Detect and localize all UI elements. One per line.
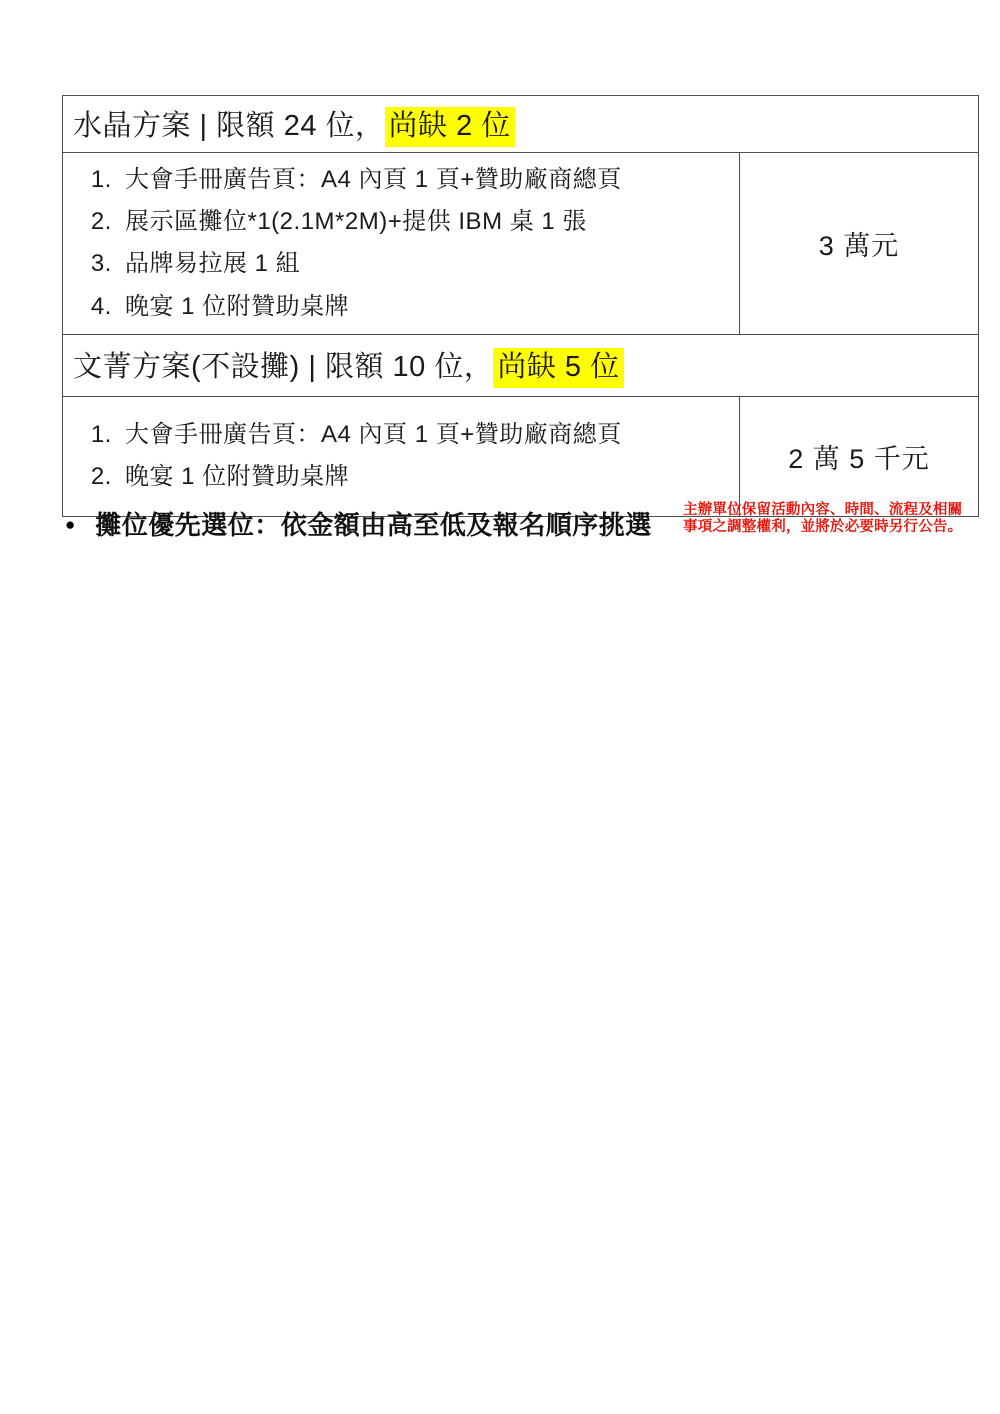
booth-priority-text: 攤位優先選位：依金額由高至低及報名順序挑選 [95,508,652,542]
plan-crystal-slots-remaining: 尚缺 2 位 [385,107,515,147]
plan-crystal-title-cell: 水晶方案 | 限額 24 位，尚缺 2 位 [63,96,979,153]
plan-crystal-price: 3 萬元 [740,153,979,335]
plan-crystal-benefits-cell: 大會手冊廣告頁：A4 內頁 1 頁+贊助廠商總頁 展示區攤位*1(2.1M*2M… [63,153,740,335]
benefit-item: 大會手冊廣告頁：A4 內頁 1 頁+贊助廠商總頁 [119,159,729,201]
sponsorship-plans-table: 水晶方案 | 限額 24 位，尚缺 2 位 大會手冊廣告頁：A4 內頁 1 頁+… [62,95,979,517]
plan-crystal-benefit-list: 大會手冊廣告頁：A4 內頁 1 頁+贊助廠商總頁 展示區攤位*1(2.1M*2M… [119,159,729,328]
plan-wenjing-price: 2 萬 5 千元 [740,396,979,516]
plan-wenjing-title-cell: 文菁方案(不設攤) | 限額 10 位，尚缺 5 位 [63,334,979,396]
plan-wenjing-slots-remaining: 尚缺 5 位 [493,348,623,388]
plan-wenjing-title: 文菁方案(不設攤) | 限額 10 位， [73,351,493,383]
benefit-item: 大會手冊廣告頁：A4 內頁 1 頁+贊助廠商總頁 [119,414,729,456]
disclaimer-line-2: 事項之調整權利，並將於必要時另行公告。 [683,519,975,536]
plan-wenjing-benefit-list: 大會手冊廣告頁：A4 內頁 1 頁+贊助廠商總頁 晚宴 1 位附贊助桌牌 [119,414,729,498]
plan-wenjing-benefits-cell: 大會手冊廣告頁：A4 內頁 1 頁+贊助廠商總頁 晚宴 1 位附贊助桌牌 [63,396,740,516]
benefit-item: 晚宴 1 位附贊助桌牌 [119,456,729,498]
plan-crystal-title: 水晶方案 | 限額 24 位， [73,110,385,142]
benefit-item: 品牌易拉展 1 組 [119,243,729,285]
benefit-item: 展示區攤位*1(2.1M*2M)+提供 IBM 桌 1 張 [119,201,729,243]
bullet-icon: ● [65,508,75,542]
benefit-item: 晚宴 1 位附贊助桌牌 [119,286,729,328]
disclaimer-line-1: 主辦單位保留活動內容、時間、流程及相關 [683,502,975,519]
document-page: 水晶方案 | 限額 24 位，尚缺 2 位 大會手冊廣告頁：A4 內頁 1 頁+… [0,0,1000,1414]
booth-priority-note: ● 攤位優先選位：依金額由高至低及報名順序挑選 [65,508,677,542]
organizer-disclaimer: 主辦單位保留活動內容、時間、流程及相關 事項之調整權利，並將於必要時另行公告。 [683,502,975,535]
